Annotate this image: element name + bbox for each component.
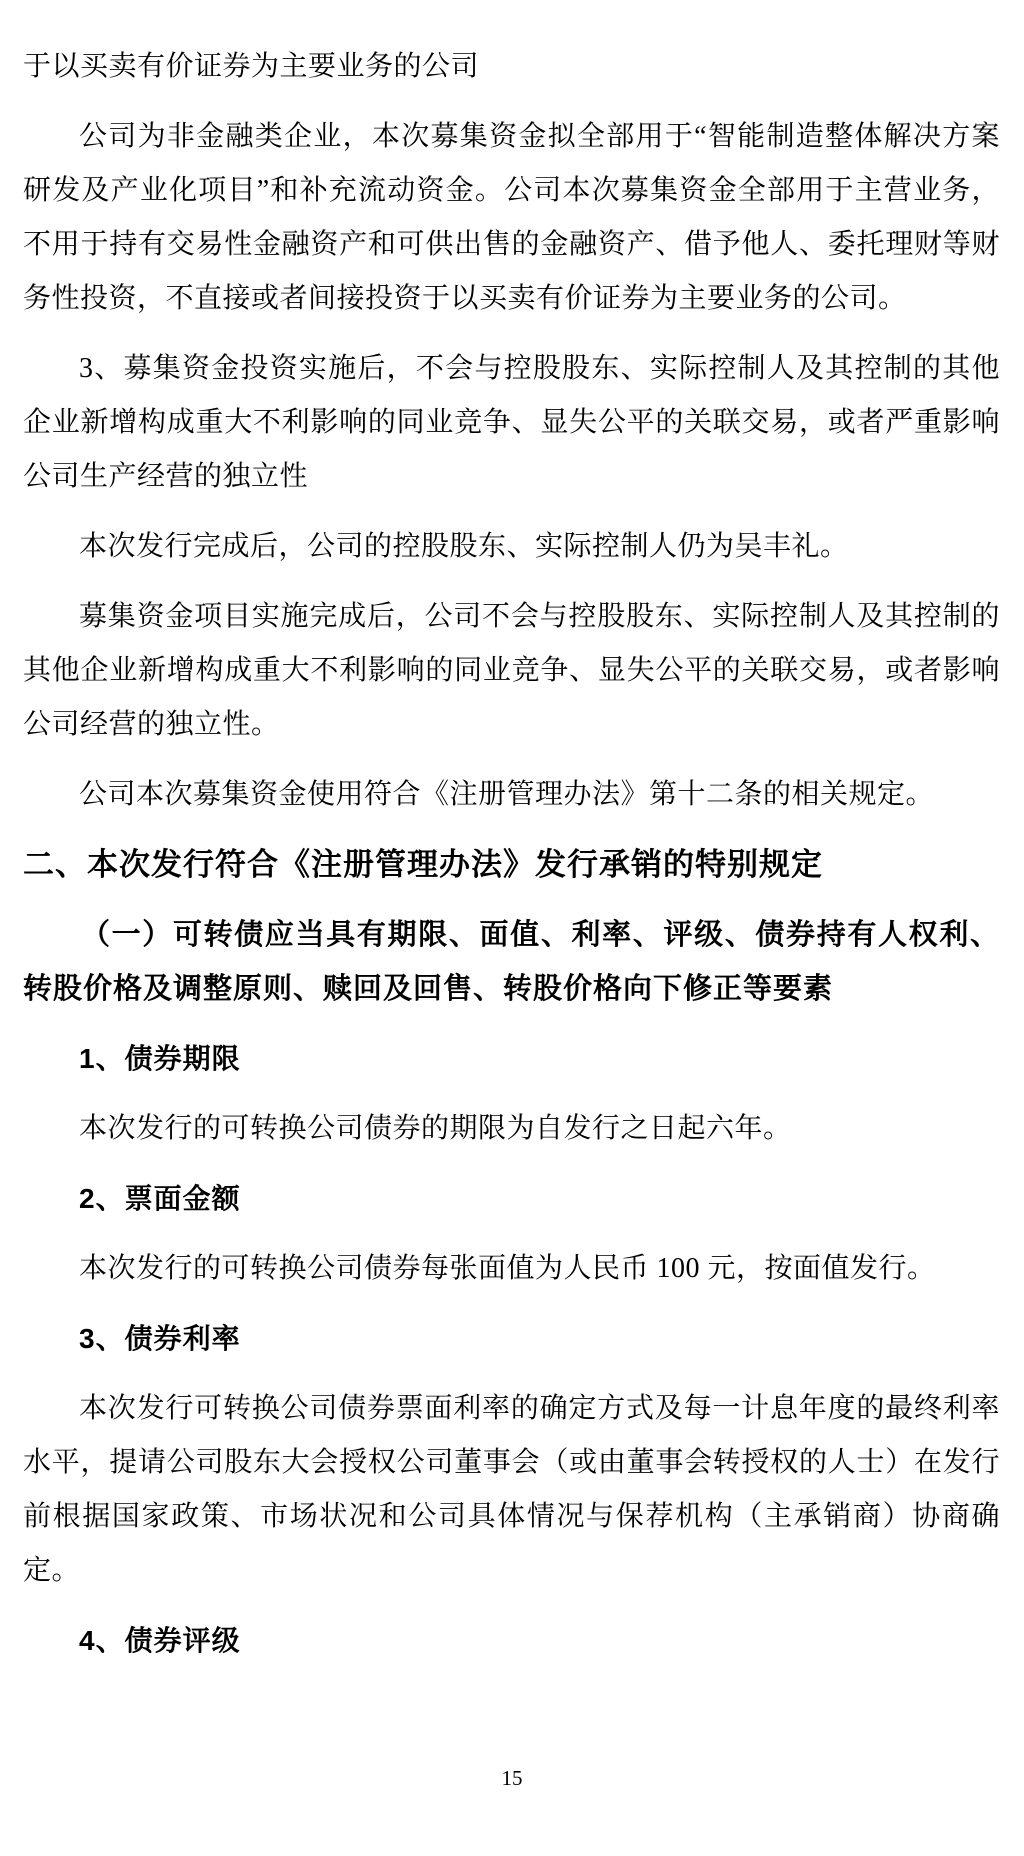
body-paragraph: 募集资金项目实施完成后，公司不会与控股股东、实际控制人及其控制的其他企业新增构成… [23, 590, 1000, 752]
document-page: 于以买卖有价证券为主要业务的公司 公司为非金融类企业，本次募集资金拟全部用于“智… [0, 0, 1024, 1856]
body-paragraph: 本次发行的可转换公司债券每张面值为人民币 100 元，按面值发行。 [23, 1242, 1000, 1296]
item-heading-3: 3、债券利率 [23, 1312, 1000, 1366]
section-heading: 二、本次发行符合《注册管理办法》发行承销的特别规定 [23, 838, 1000, 892]
body-paragraph: 公司为非金融类企业，本次募集资金拟全部用于“智能制造整体解决方案研发及产业化项目… [23, 110, 1000, 326]
body-paragraph: 本次发行可转换公司债券票面利率的确定方式及每一计息年度的最终利率水平，提请公司股… [23, 1382, 1000, 1598]
subsection-heading: （一）可转债应当具有期限、面值、利率、评级、债券持有人权利、转股价格及调整原则、… [23, 908, 1000, 1016]
body-paragraph-continuation: 于以买卖有价证券为主要业务的公司 [23, 40, 1000, 94]
body-paragraph: 3、募集资金投资实施后，不会与控股股东、实际控制人及其控制的其他企业新增构成重大… [23, 342, 1000, 504]
item-heading-1: 1、债券期限 [23, 1032, 1000, 1086]
body-paragraph: 本次发行的可转换公司债券的期限为自发行之日起六年。 [23, 1102, 1000, 1156]
page-number: 15 [0, 1760, 1024, 1796]
item-heading-4: 4、债券评级 [23, 1614, 1000, 1668]
body-paragraph: 本次发行完成后，公司的控股股东、实际控制人仍为吴丰礼。 [23, 520, 1000, 574]
body-paragraph: 公司本次募集资金使用符合《注册管理办法》第十二条的相关规定。 [23, 768, 1000, 822]
page-content: 于以买卖有价证券为主要业务的公司 公司为非金融类企业，本次募集资金拟全部用于“智… [23, 40, 1000, 1684]
item-heading-2: 2、票面金额 [23, 1172, 1000, 1226]
